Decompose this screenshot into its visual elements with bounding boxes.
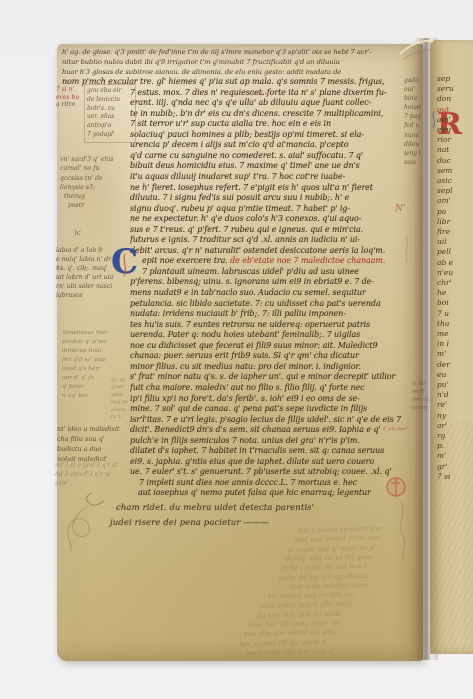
margin-note-line: antixp'a [87,122,133,131]
body-text: s' frat' minor natu q's. s. de iapher un… [130,372,395,381]
margin-note: )c [74,229,94,238]
margin-note-line: ieny i [404,149,426,158]
margin-note-line: niest q's heir [62,365,126,374]
margin-note-line: gada [404,76,426,85]
margin-note: labia d' a lab 9e nuiq' labia n' drhs. q… [56,246,130,300]
margin-note-line: 7 si n' [56,86,86,94]
margin-note-line: nune [404,131,426,140]
text-line: 7 impleti sunt dies noe annis dcccc.L. 7… [139,478,413,488]
facing-line: 7 u [437,309,473,319]
margin-note-line: carnal' no fu [60,164,132,173]
text-line: bibuit deus homicidiu eius. 7 maxime q' … [130,161,413,171]
facing-line: rg [437,431,473,441]
body-text: ei9. s. japhia. g'ntis eius que de iaphe… [130,457,374,466]
margin-note-line: Soneimaus heir [62,329,126,338]
body-text: q'd carne cu sanguine no comederet. s. a… [130,151,363,160]
text-line: sus e 7 t'reus. q' p'fert. 7 rubeu qui e… [130,225,413,235]
margin-note-line: cha filiu suu q' [57,434,137,444]
facing-line: fire [437,227,473,237]
facing-line: n'eu [437,268,473,278]
body-text: ip'i filiu xp'i no fore't. da's ferib'. … [130,394,360,403]
facing-line: n'd [437,390,473,400]
margin-note-line: dnnerue tiool. [62,347,126,356]
text-line: dilatet d's iaphet. 7 habitet in t'rnacu… [130,446,413,456]
margin-note-line: eves bu [56,94,86,102]
body-text: solaciuq' pauci homines a plib; bestijs … [130,130,364,139]
text-line: 7 sit terror u'r' sup cucta aialia tre. … [130,119,413,129]
body-text: diluuiu. 7 i signu fed'is sui posuit arc… [130,193,349,202]
body-text: bibuit deus homicidiu eius. 7 maxime q' … [130,161,360,170]
text-line: nudata: irridens nuciauit b' frib;. 7: i… [130,309,413,319]
facing-line: p. [437,441,473,451]
margin-note: si italecrlder taouem [412,380,436,412]
margin-note-line: fed u [404,121,426,130]
body-text: aut iosephus q' nemo putet falsa que hic… [138,488,371,497]
margin-note-line: rn' ubi soler nasci [56,282,130,291]
margin-note-line: der ta [412,396,436,404]
facing-line: seru [437,84,473,94]
facing-line: ny [437,411,473,421]
margin-note-line: dileu [404,140,426,149]
margin-note: 7 si n'eves bua ritro [56,86,86,109]
margin-note-line: labia d' a lab 9 [56,246,130,255]
margin-note-line: bine [404,94,426,103]
body-text: ne h' fieret. iosephus refert. 7 e'pigit… [130,183,373,192]
body-text: epit noe exercere tra. [142,256,230,265]
facing-line: eu [437,370,473,380]
body-text: p'ferens. bibensq; uinu. s. ignorans uim… [130,277,374,286]
margin-note-line: e nuiq' labia n' dr [56,255,130,264]
margin-note-line: uer. elias [87,113,133,122]
body-text: chanaa: puer. seruus erit frib9 suis. Si… [130,351,359,360]
text-line: ne h' fieret. iosephus refert. 7 e'pigit… [130,183,413,193]
facing-line: duc [437,156,473,166]
facing-line: in i [437,339,473,349]
margin-note-line: postr [60,201,132,210]
facing-line: sepl [437,186,473,196]
margin-note-line: nd'3 el e bnd'3 q'r dl' [55,461,143,470]
body-text: 7 impleti sunt dies noe annis dcccc.L. 7… [139,478,357,487]
body-text: te in nubib;. b'n dr' eis cu dn's dicens… [130,109,383,118]
text-line: ip'i filiu xp'i no fore't. da's ferib'. … [130,394,413,404]
text-line: minor filius. cu sit medius natu: pro de… [130,362,413,372]
margin-note-line: s' aia noe' [383,426,423,432]
text-line: q'd carne cu sanguine no comederet. s. a… [130,151,413,161]
facing-line: der [437,360,473,370]
facing-line: me [437,329,473,339]
body-text: pulch'e in filijs semiculos 7 nota. uniu… [130,436,360,445]
facing-line: pell [437,247,473,257]
text-line: chanaa: puer. seruus erit frib9 suis. Si… [130,351,413,361]
margin-note-line: vn' sacd'3 q' ehis [60,155,132,164]
text-line: te in nubib;. b'n dr' eis cu dn's dicens… [130,109,413,119]
margin-note-line: 7 yodapl' [87,131,133,140]
margin-note-line: ouem [412,404,436,412]
facing-line: am' [437,196,473,206]
margin-note-line: de leuicciu [87,96,133,105]
margin-note-line: hd'3 ebu d'3 q'r w' [55,470,143,479]
facing-line: asic [437,176,473,186]
facing-line: gr' [437,462,473,472]
text-line: aut iosephus q' nemo putet falsa que hic… [138,488,413,498]
margin-note-line: )c [74,229,94,238]
facing-line: pa [437,207,473,217]
body-text: petulancia. sic libido sacietate. 7: cu … [130,299,381,308]
margin-note: nd'3 el e bnd'3 q'r dl'hd'3 ebu d'3 q'r … [55,461,143,488]
margin-note-line: b'ndix' [252,91,282,97]
margin-note: N' [395,204,409,214]
facing-line: ab e [437,258,473,268]
facing-line: chr' [437,278,473,288]
margin-note-line: aug ya [111,399,135,406]
facing-line: he [437,288,473,298]
body-text: nudata: irridens nuciauit b' frib;. 7: i… [130,309,346,318]
text-line: petulancia. sic libido sacietate. 7: cu … [130,299,413,309]
margin-note: gadaoui'binehoiad7 pagfed ununedileuieny… [404,76,426,167]
facing-line: aut [437,105,473,115]
photo-background: h' ag. de glose. q'3 pmitt' de fed'inne … [0,0,473,699]
margin-note-line: q uer [111,384,135,391]
margin-note-line: oui' [404,85,426,94]
facing-line: nat [437,145,473,155]
body-text: sus e 7 t'reus. q' p'fert. 7 rubeu qui e… [130,225,363,234]
main-text-block: nom p'mch excular tre. gl' hiemes q' p'i… [130,77,413,497]
margin-note-line: suis [404,158,426,167]
body-text: ue. 7 euler' s't. s' genuerunt. 7 pb'use… [130,467,392,476]
text-line: ei9. s. japhia. g'ntis eius que de iaphe… [130,457,413,467]
gloss-line: h' ag. de glose. q'3 pmitt' de fed'inne … [62,47,413,57]
text-line: mine. 7 sol' qui de canaa. q' pena pat's… [130,404,413,414]
body-text: dilatet d's iaphet. 7 habitet in t'rnacu… [130,446,384,455]
body-text: uerenda. Pater q: nodu hoies utebant' fe… [130,330,360,339]
facing-line: sep [437,74,473,84]
facing-line: rior [437,135,473,145]
text-line: dicit'. Benedict9 dn's d's sem. sit chan… [130,425,413,435]
ghost-line: quos inde sibi iam sole q' [245,647,335,658]
body-text: mens nudat9 e in tab'naclo suo. Audacio … [130,288,366,297]
margin-note-line: ebam. [111,407,135,414]
gloss-line: huar h'3 glosas de subitroe aianau. de a… [62,67,413,77]
margin-note-line: labrusce [56,291,130,300]
margin-note-line: a ritro [56,101,86,109]
facing-line: ar' [437,421,473,431]
body-text: urencia p' decem i alijs sut m'cio q'd a… [130,140,349,149]
text-line: p'ferens. bibensq; uinu. s. ignorans uim… [130,277,413,287]
body-text: 7 sit terror u'r' sup cucta aialia tre. … [130,119,331,128]
body-text: fuit cha maiore. maledix' aut no filio s… [130,383,365,392]
body-text: mine. 7 sol' qui de canaa. q' pena pat's… [130,404,367,413]
verse-line-1: cham ridet. du mebra uidet detecta paren… [116,503,314,513]
text-line: erant. iiij. q'nda nec q's q'e ulla' ab … [130,98,413,108]
text-line: pulch'e in filijs semiculos 7 nota. uniu… [130,436,413,446]
text-line: tes hu'is suis. 7 euntes retrorsu ne uid… [130,320,413,330]
facing-line: am' [437,115,473,125]
margin-note-line: budictu a duo [57,444,137,454]
facing-line: uil [437,237,473,247]
text-line: isr'l'itas. 7 e u'ri legis. p'sagio leci… [130,415,413,425]
margin-note-line: therug [60,192,132,201]
body-text: noe cu didicisset que fecerat ei fili9 s… [130,341,378,350]
facing-line: don [437,94,473,104]
text-line: uerenda. Pater q: nodu hoies utebant' fe… [130,330,413,340]
body-text: isr'l'itas. 7 e u'ri legis. p'sagio leci… [130,415,401,424]
margin-note-line: fict q'd su' pup [62,356,126,365]
margin-note-line: gou eba eir [87,87,133,96]
margin-note-line: qccsias tn' de [60,174,132,183]
text-line: mens nudat9 e in tab'naclo suo. Audacio … [130,288,413,298]
margin-note: nt' ideo u maledixitcha filiu suu q'budi… [57,424,137,464]
margin-note-line: ydeu [111,392,135,399]
rubric-text: de eb'etate noe 7 maledictoe chanaam. [230,256,385,265]
body-text: tes hu'is suis. 7 euntes retrorsu ne uid… [130,320,370,329]
text-line: 7 plantauit uineam. labruscas uidel' p'd… [142,267,413,277]
facing-line: pu' [437,380,473,390]
margin-note-line: hoiad [404,103,426,112]
gloss-line: nitur bubtio nubiu dabit ibi q'9 irrigat… [62,57,413,67]
facing-line: 7 si [437,472,473,482]
facing-line: tha [437,319,473,329]
text-line: it'u aquas diluuij inudaret sup' t'ra. 7… [130,172,413,182]
margin-note-line: nt' ideo u maledixit [57,424,137,434]
text-line: epit noe exercere tra. de eb'etate noe 7… [142,256,413,266]
body-text: signu duoq'. rubeu p' aqua p'mtie timeat… [130,204,350,213]
text-line: signu duoq'. rubeu p' aqua p'mtie timeat… [130,204,413,214]
verse-line-2: judei risere dei pena pacietur ——— [110,518,269,528]
margin-note-line: lienysie s3; [60,183,132,192]
facing-line: ebu [437,125,473,135]
margin-note: qr. qyq uerydeuaug yaebam.ta h. [111,377,135,421]
body-text: dicit'. Benedict9 dn's d's sem. sit chan… [130,425,381,434]
text-line: diluuiu. 7 i signu fed'is sui posuit arc… [130,193,413,203]
margin-note-line: punhor q' p'mo [62,338,126,347]
margin-note-line: iat labrn d' urt uia [56,273,130,282]
margin-note-line: ta h. [111,414,135,421]
body-text: minor filius. cu sit medius natu: pro de… [130,362,361,371]
body-text: erant. iiij. q'nda nec q's q'e ulla' ab … [130,98,371,107]
body-text: ne ne expectetur. h' q'e duos colo's h'3… [130,214,361,223]
margin-note-line: si ita [412,380,436,388]
margin-note-line: qr. qy [111,377,135,384]
margin-note-line: 7 pag [404,112,426,121]
margin-note-line: snie [55,479,143,488]
margin-note-line: lecrl [412,388,436,396]
body-text: debit' arcus. q'r n' naturalit' ostendet… [130,246,385,255]
body-text: it'u aquas diluuij inudaret sup' t'ra. 7… [130,172,345,181]
facing-line: libr [437,217,473,227]
body-text: futurus e ignis. 7 traditur sci q'd .xl.… [130,235,360,244]
margin-note-line: hs. q'. cib;. nuiq' [56,264,130,273]
margin-note-line: bolr's. cu [87,105,133,114]
facing-line: sem [437,166,473,176]
margin-note: b'ndix' [252,91,282,97]
margin-note: vn' sacd'3 q' ehiscarnal' no fuqccsias t… [60,155,132,211]
margin-note: gou eba eirde leuicciubolr's. cuuer. eli… [84,84,136,143]
ghost-showthrough-text: tuc kgeime semonir lintsint que semel mi… [236,524,419,661]
margin-note: s' aia noe' [383,426,423,432]
text-line: debit' arcus. q'r n' naturalit' ostendet… [130,246,413,256]
text-line: futurus e ignis. 7 traditur sci q'd .xl.… [130,235,413,245]
text-line: fuit cha maiore. maledix' aut no filio s… [130,383,413,393]
facing-line: m' [437,349,473,359]
body-text: 7 plantauit uineam. labruscas uidel' p'd… [142,267,359,276]
text-line: s' frat' minor natu q's. s. de iapher un… [130,372,413,382]
margin-note-line: N' [395,204,409,214]
text-line: solaciuq' pauci homines a plib; bestijs … [130,130,413,140]
text-line: ue. 7 euler' s't. s' genuerunt. 7 pb'use… [130,467,413,477]
facing-line: boi [437,298,473,308]
text-line: urencia p' decem i alijs sut m'cio q'd a… [130,140,413,150]
text-line: ne ne expectetur. h' q'e duos colo's h'3… [130,214,413,224]
facing-line: re' [437,400,473,410]
text-line: noe cu didicisset que fecerat ei fili9 s… [130,341,413,351]
facing-line: m' [437,451,473,461]
